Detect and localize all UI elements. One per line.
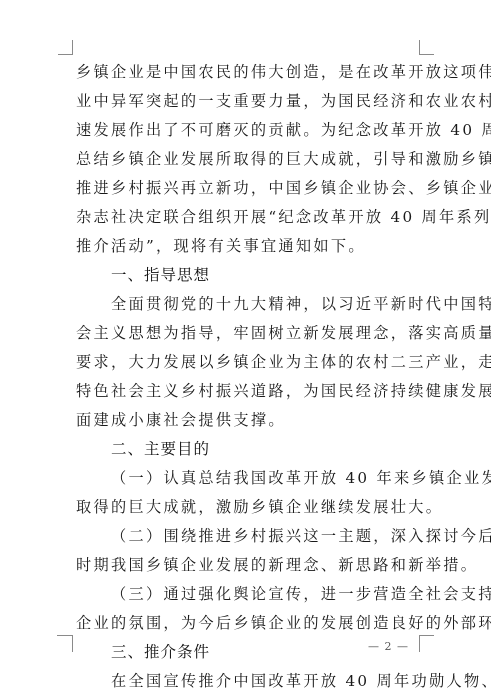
text-line: （一）认真总结我国改革开放 40 年来乡镇企业发展所 xyxy=(76,464,428,493)
text-line: 时期我国乡镇企业发展的新理念、新思路和新举措。 xyxy=(76,551,428,580)
crop-mark-top-right-v xyxy=(419,40,420,55)
text-line: 会主义思想为指导，牢固树立新发展理念，落实高质量发展 xyxy=(76,319,428,348)
text-line: 推介活动”，现将有关事宜通知如下。 xyxy=(76,232,428,261)
text-line: 面建成小康社会提供支撑。 xyxy=(76,406,428,435)
section-heading: 二、主要目的 xyxy=(76,435,428,464)
text-line: 乡镇企业是中国农民的伟大创造，是在改革开放这项伟大事 xyxy=(76,58,428,87)
crop-mark-top-right-h xyxy=(419,54,434,55)
document-body: 乡镇企业是中国农民的伟大创造，是在改革开放这项伟大事业中异军突起的一支重要力量，… xyxy=(76,58,428,692)
text-line: 推进乡村振兴再立新功，中国乡镇企业协会、乡镇企业导报 xyxy=(76,174,428,203)
text-line: 取得的巨大成就，激励乡镇企业继续发展壮大。 xyxy=(76,493,428,522)
section-heading: 一、指导思想 xyxy=(76,261,428,290)
text-line: 特色社会主义乡村振兴道路，为国民经济持续健康发展和全 xyxy=(76,377,428,406)
text-line: 在全国宣传推介中国改革开放 40 周年功勋人物、中国 xyxy=(76,667,428,692)
text-line: 企业的氛围，为今后乡镇企业的发展创造良好的外部环境。 xyxy=(76,609,428,638)
crop-mark-bottom-left-v xyxy=(72,635,73,652)
text-line: （三）通过强化舆论宣传，进一步营造全社会支持乡镇 xyxy=(76,580,428,609)
text-line: 要求，大力发展以乡镇企业为主体的农村二三产业，走中国 xyxy=(76,348,428,377)
text-line: 速发展作出了不可磨灭的贡献。为纪念改革开放 40 周年， xyxy=(76,116,428,145)
text-line: 全面贯彻党的十九大精神，以习近平新时代中国特色社 xyxy=(76,290,428,319)
text-line: 杂志社决定联合组织开展“纪念改革开放 40 周年系列宣传 xyxy=(76,203,428,232)
text-line: 业中异军突起的一支重要力量，为国民经济和农业农村的快 xyxy=(76,87,428,116)
crop-mark-top-left-v xyxy=(72,40,73,55)
crop-mark-top-left-h xyxy=(58,54,73,55)
text-line: 总结乡镇企业发展所取得的巨大成就，引导和激励乡镇企业 xyxy=(76,145,428,174)
text-line: （二）围绕推进乡村振兴这一主题，深入探讨今后一段 xyxy=(76,522,428,551)
page-number: — 2 — xyxy=(368,640,409,653)
crop-mark-bottom-left-h xyxy=(57,635,72,636)
